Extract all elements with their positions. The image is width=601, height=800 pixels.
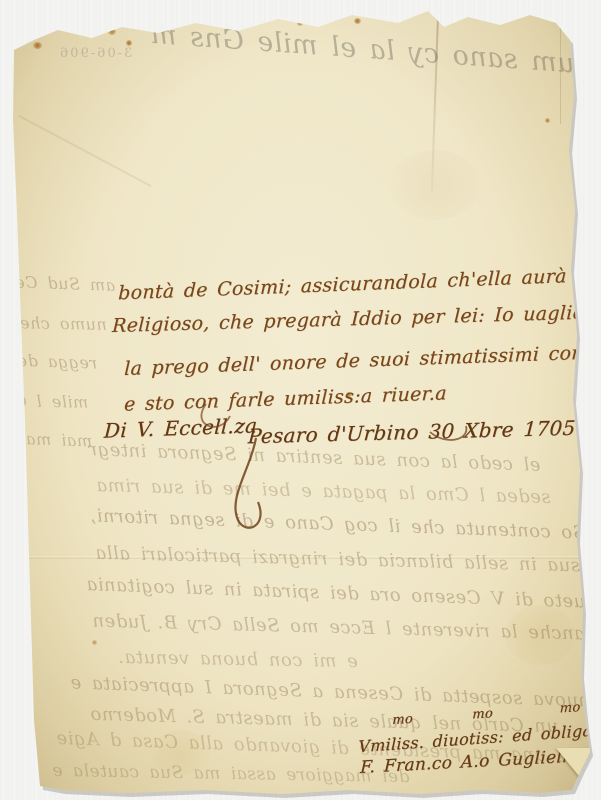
foxing-spot xyxy=(33,42,42,49)
letter-body-line: Religioso, che pregarà Iddio per lei: Io… xyxy=(112,299,601,337)
bleedthrough-line: dei maggiore assai ma Sua cautela e xyxy=(52,761,410,787)
bleedthrough-line: So contenuta che il cog Cano e di segna … xyxy=(90,505,586,543)
letter-body-line: e sto con farle umiliss:a riuer.a xyxy=(124,382,448,415)
bleedthrough-line: sua in sella bilancia dei ringrazi parti… xyxy=(95,543,580,577)
letter-body-line: la prego dell' onore de suoi stimatissim… xyxy=(124,340,601,380)
bleedthrough-fragment: mai ma e xyxy=(6,429,93,451)
dateline-place-date: Pesaro d'Urbino 30 Xbre 1705 xyxy=(247,416,576,449)
scanned-manuscript-page: { "scan": { "background_color": "#f4f4f2… xyxy=(0,0,601,800)
stain xyxy=(390,150,480,220)
bleedthrough-fragment: numo chele xyxy=(4,313,107,334)
diagonal-crease xyxy=(18,115,151,187)
bleedthrough-line: e mi con buona venuta. xyxy=(118,647,358,672)
bleedthrough-top-inscription: lum sano cy la el mile Gns m xyxy=(149,19,584,80)
bleedthrough-fragment: mile l Cu xyxy=(3,391,89,411)
bleedthrough-line: sedea l Cmo la pagata e bei me di sua ri… xyxy=(96,475,551,508)
foxing-spot xyxy=(354,18,361,24)
bleedthrough-fragment: am Sud Ces xyxy=(6,272,116,295)
foxing-spot xyxy=(297,20,303,26)
letter-body-line: bontà de Cosimi; assicurandola ch'ella a… xyxy=(118,262,601,305)
dateline-salutation: Di V. Eccell.za xyxy=(103,413,258,442)
bleedthrough-fragment: regga dell xyxy=(6,350,98,372)
foxing-spot xyxy=(92,640,97,645)
bleedthrough-stamp: 3-06-906 xyxy=(58,46,132,61)
bleedthrough-line: anche la riverente l Ecce mo Sella Cry B… xyxy=(92,611,585,645)
foxing-spot xyxy=(545,118,550,123)
bleedthrough-line: sueto di V Ceseno ora dei spirata in sul… xyxy=(86,574,596,613)
folded-corner xyxy=(556,748,592,792)
foxing-spot xyxy=(108,28,116,35)
paper-sheet: lum sano cy la el mile Gns m 3-06-906 am… xyxy=(0,0,601,800)
